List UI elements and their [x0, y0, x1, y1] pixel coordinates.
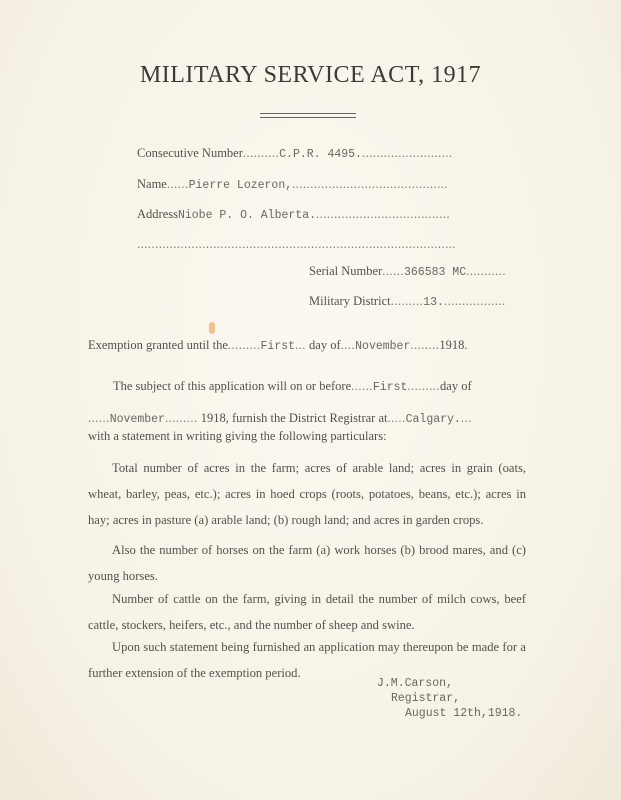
signature-date: August 12th,1918. — [405, 706, 522, 721]
field-label: Name — [137, 177, 167, 191]
signature-name: J.M.Carson, — [377, 676, 453, 691]
exemption-line: Exemption granted until the.........Firs… — [88, 338, 467, 353]
address-field: AddressNiobe P. O. Alberta..............… — [137, 207, 450, 222]
exemption-year: 1918. — [439, 338, 467, 352]
field-label: Military District — [309, 294, 391, 308]
exemption-day: First — [261, 340, 296, 353]
paper-stain — [209, 322, 215, 334]
field-value: Pierre Lozeron, — [189, 179, 293, 192]
address-line-2: ........................................… — [137, 237, 456, 252]
field-value: 366583 MC — [404, 266, 466, 279]
paragraph-cattle: Number of cattle on the farm, giving in … — [88, 586, 526, 638]
subject-line-3: with a statement in writing giving the f… — [88, 429, 387, 444]
document-page: MILITARY SERVICE ACT, 1917 Consecutive N… — [0, 0, 621, 800]
field-value: C.P.R. 4495. — [279, 148, 362, 161]
subject-day: First — [373, 381, 408, 394]
field-label: Serial Number — [309, 264, 382, 278]
subject-place: Calgary. — [406, 413, 461, 426]
consecutive-number-field: Consecutive Number..........C.P.R. 4495.… — [137, 146, 453, 161]
paragraph-acres: Total number of acres in the farm; acres… — [88, 455, 526, 533]
subject-line-2: ......November......... 1918, furnish th… — [88, 411, 472, 426]
name-field: Name......Pierre Lozeron,...............… — [137, 177, 448, 192]
subject-month: November — [110, 413, 165, 426]
field-value: Niobe P. O. Alberta. — [178, 209, 316, 222]
field-label: Address — [137, 207, 178, 221]
military-district-field: Military District.........13............… — [309, 294, 506, 309]
title-divider — [260, 113, 356, 118]
paragraph-horses: Also the number of horses on the farm (a… — [88, 537, 526, 589]
signature-title: Registrar, — [391, 691, 460, 706]
field-label: Consecutive Number — [137, 146, 243, 160]
serial-number-field: Serial Number......366583 MC........... — [309, 264, 506, 279]
exemption-month: November — [355, 340, 410, 353]
field-value: 13. — [423, 296, 444, 309]
document-title: MILITARY SERVICE ACT, 1917 — [0, 62, 621, 89]
subject-line-1: The subject of this application will on … — [113, 379, 472, 394]
paragraph-extension: Upon such statement being furnished an a… — [88, 634, 526, 686]
